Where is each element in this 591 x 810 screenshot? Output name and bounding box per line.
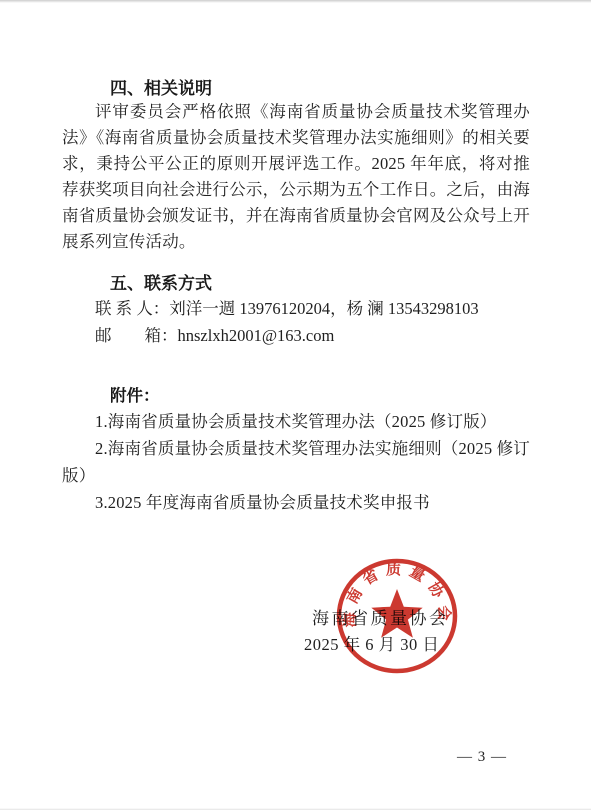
attachment-item: 1.海南省质量协会质量技术奖管理办法（2025 修订版）: [62, 408, 530, 435]
attachment-item: 3.2025 年度海南省质量协会质量技术奖申报书: [62, 489, 530, 516]
section-heading-contact: 五、联系方式: [110, 269, 212, 294]
contact-email-line: 邮 箱：hnszlxh2001@163.com: [62, 323, 530, 349]
official-seal: 海南省质量协会: [332, 556, 462, 678]
page-top-scan-edge: [0, 0, 591, 3]
attachments-list: 1.海南省质量协会质量技术奖管理办法（2025 修订版） 2.海南省质量协会质量…: [62, 408, 530, 516]
contact-person-line: 联 系 人：刘洋一週 13976120204，杨 澜 13543298103: [62, 296, 530, 322]
attachment-item: 2.海南省质量协会质量技术奖管理办法实施细则（2025 修订版）: [62, 435, 530, 489]
page-number: — 3 —: [457, 749, 507, 766]
seal-star-icon: [371, 589, 422, 638]
related-notes-paragraph: 评审委员会严格依照《海南省质量协会质量技术奖管理办法》《海南省质量协会质量技术奖…: [62, 99, 530, 255]
document-page: 四、相关说明 评审委员会严格依照《海南省质量协会质量技术奖管理办法》《海南省质量…: [0, 0, 591, 810]
attachments-heading: 附件：: [110, 382, 160, 406]
section-heading-related-notes: 四、相关说明: [110, 74, 212, 99]
